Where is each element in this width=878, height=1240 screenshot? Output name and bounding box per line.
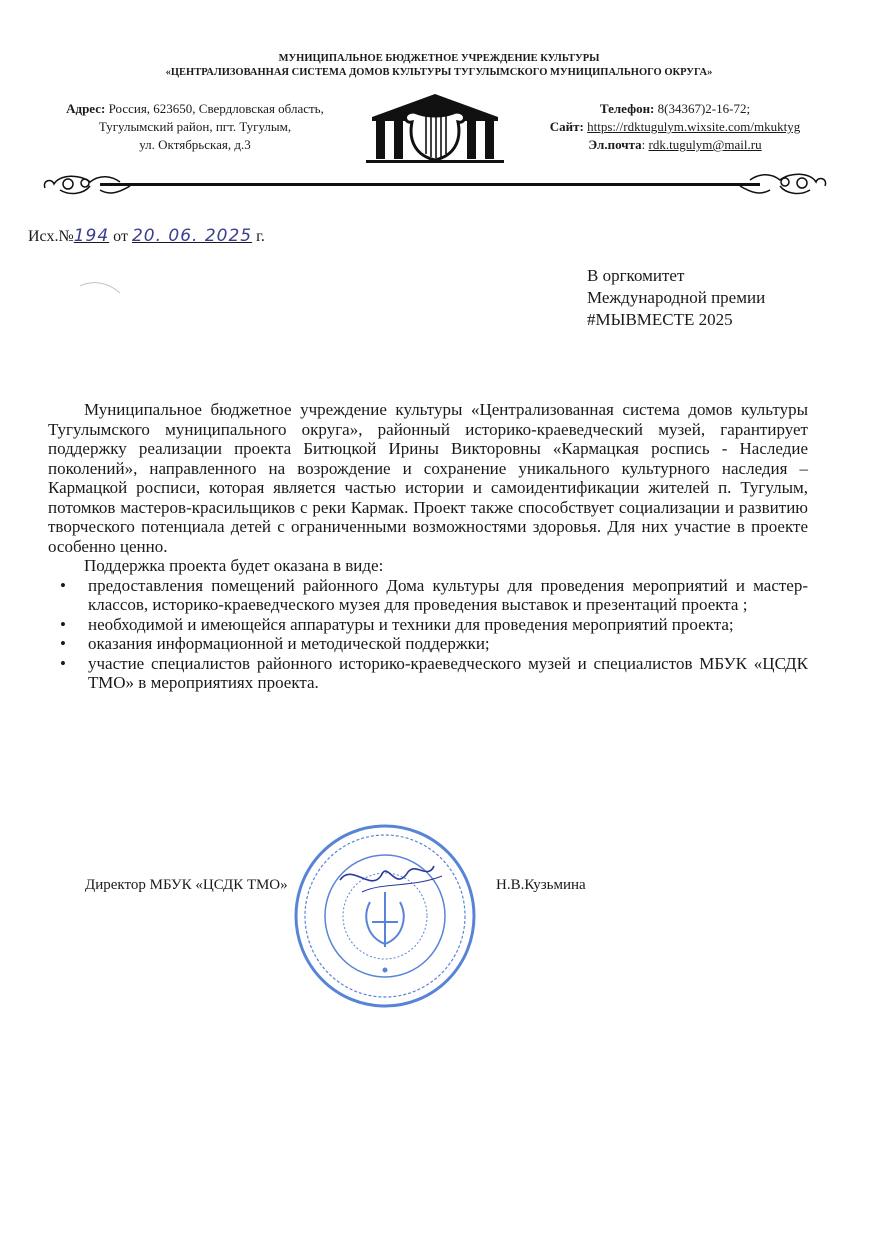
ornamental-divider bbox=[40, 170, 830, 200]
support-list: предоставления помещений районного Дома … bbox=[48, 576, 808, 693]
address-line3: ул. Октябрьская, д.3 bbox=[30, 136, 360, 154]
official-stamp-icon bbox=[292, 822, 478, 1010]
addressee-line1: В оргкомитет bbox=[587, 265, 765, 287]
contacts-block: Телефон: 8(34367)2-16-72; Сайт: https://… bbox=[505, 100, 845, 154]
addressee-line2: Международной премии bbox=[587, 287, 765, 309]
outgoing-prefix: Исх.№ bbox=[28, 228, 74, 245]
support-list-item: участие специалистов районного историко-… bbox=[48, 654, 808, 693]
outgoing-number: 194 bbox=[74, 226, 109, 246]
outgoing-date: 20. 06. 2025 bbox=[132, 226, 252, 246]
email-link[interactable]: rdk.tugulym@mail.ru bbox=[649, 137, 762, 152]
address-line2: Тугулымский район, пгт. Тугулым, bbox=[30, 118, 360, 136]
outgoing-suffix: г. bbox=[256, 228, 265, 245]
letter-body: Муниципальное бюджетное учреждение культ… bbox=[48, 400, 808, 693]
phone-value: 8(34367)2-16-72; bbox=[658, 101, 750, 116]
phone-label: Телефон: bbox=[600, 101, 654, 116]
org-title-line2: «ЦЕНТРАЛИЗОВАННАЯ СИСТЕМА ДОМОВ КУЛЬТУРЫ… bbox=[0, 66, 878, 80]
signatory-name: Н.В.Кузьмина bbox=[496, 877, 586, 894]
addressee-line3: #МЫВМЕСТЕ 2025 bbox=[587, 309, 765, 331]
outgoing-number-line: Исх.№194 от 20. 06. 2025 г. bbox=[28, 226, 265, 246]
address-block: Адрес: Россия, 623650, Свердловская обла… bbox=[30, 100, 360, 154]
body-paragraph-1: Муниципальное бюджетное учреждение культ… bbox=[48, 400, 808, 556]
org-title-line1: МУНИЦИПАЛЬНОЕ БЮДЖЕТНОЕ УЧРЕЖДЕНИЕ КУЛЬТ… bbox=[0, 52, 878, 66]
site-label: Сайт: bbox=[550, 119, 584, 134]
email-label: Эл.почта bbox=[588, 137, 641, 152]
support-list-item: оказания информационной и методической п… bbox=[48, 634, 808, 654]
support-list-item: предоставления помещений районного Дома … bbox=[48, 576, 808, 615]
addressee-block: В оргкомитет Международной премии #МЫВМЕ… bbox=[587, 265, 765, 331]
address-line1: Россия, 623650, Свердловская область, bbox=[109, 101, 324, 116]
body-paragraph-2: Поддержка проекта будет оказана в виде: bbox=[48, 556, 808, 576]
support-list-item: необходимой и имеющейся аппаратуры и тех… bbox=[48, 615, 808, 635]
outgoing-from: от bbox=[113, 228, 128, 245]
lyre-theatre-logo-icon bbox=[362, 92, 508, 164]
signatory-title: Директор МБУК «ЦСДК ТМО» bbox=[85, 877, 288, 894]
pen-mark-icon bbox=[78, 280, 123, 295]
site-link[interactable]: https://rdktugulym.wixsite.com/mkuktyg bbox=[587, 119, 800, 134]
address-label: Адрес: bbox=[66, 101, 105, 116]
